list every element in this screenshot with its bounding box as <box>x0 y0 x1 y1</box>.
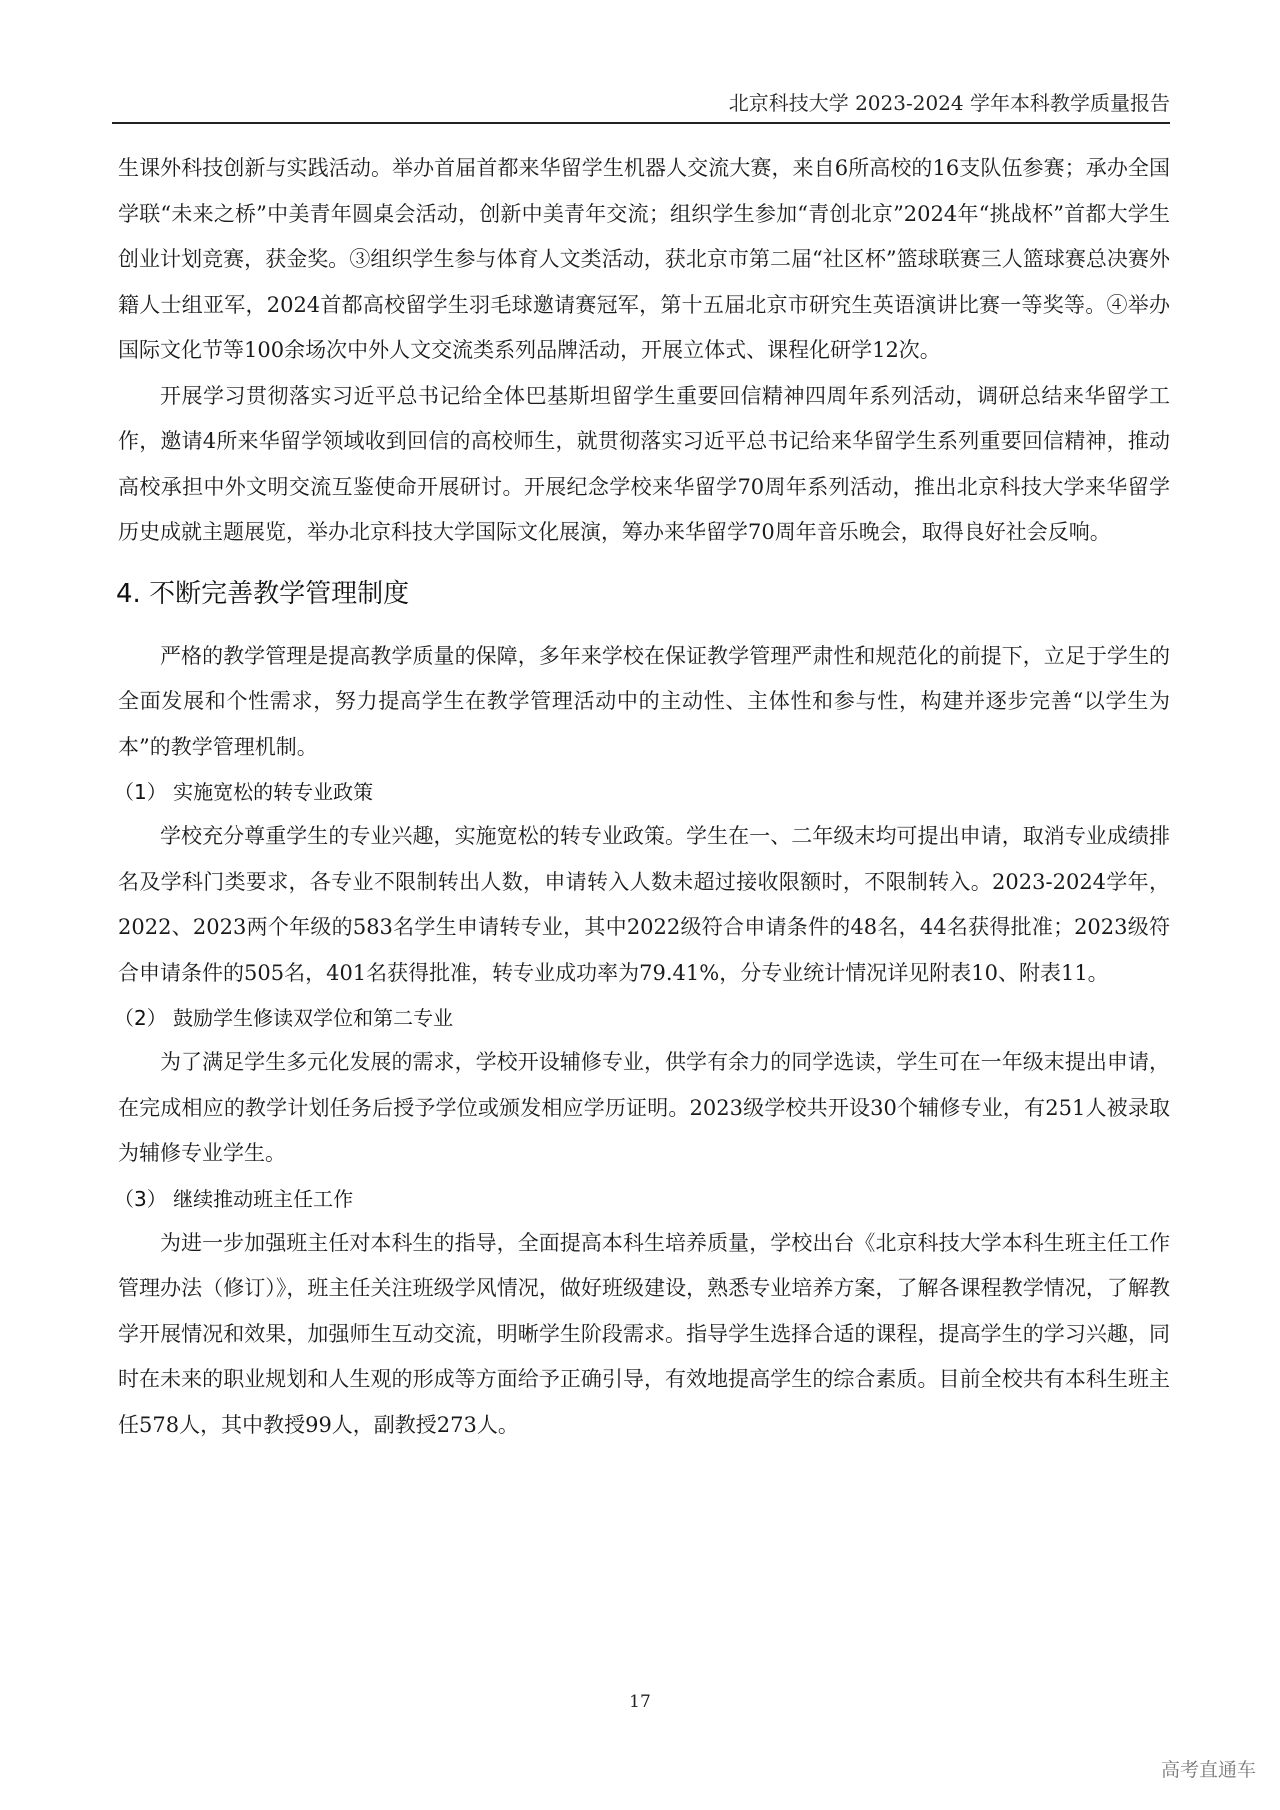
subsection-paragraph: 学校充分尊重学生的专业兴趣，实施宽松的转专业政策。学生在一、二年级末均可提出申请… <box>118 814 1170 996</box>
subsection-paragraph: 为进一步加强班主任对本科生的指导，全面提高本科生培养质量，学校出台《北京科技大学… <box>118 1221 1170 1449</box>
watermark: 高考直通车 <box>1161 1755 1256 1782</box>
subsection-heading: （3） 继续推动班主任工作 <box>114 1179 1170 1219</box>
report-title: 北京科技大学 2023-2024 学年本科教学质量报告 <box>729 87 1170 116</box>
section-intro-paragraph: 严格的教学管理是提高教学质量的保障，多年来学校在保证教学管理严肃性和规范化的前提… <box>118 634 1170 771</box>
subsection-paragraph: 为了满足学生多元化发展的需求，学校开设辅修专业，供学有余力的同学选读，学生可在一… <box>118 1040 1170 1177</box>
section-heading: 4. 不断完善教学管理制度 <box>116 574 1170 614</box>
subsection-heading: （1） 实施宽松的转专业政策 <box>114 772 1170 812</box>
page-number: 17 <box>0 1692 1280 1712</box>
paragraph: 开展学习贯彻落实习近平总书记给全体巴基斯坦留学生重要回信精神四周年系列活动，调研… <box>118 374 1170 556</box>
subsection-heading: （2） 鼓励学生修读双学位和第二专业 <box>114 998 1170 1038</box>
paragraph-continued: 生课外科技创新与实践活动。举办首届首都来华留学生机器人交流大赛，来自6所高校的1… <box>118 146 1170 374</box>
page-header: 北京科技大学 2023-2024 学年本科教学质量报告 <box>112 82 1170 124</box>
page-content: 生课外科技创新与实践活动。举办首届首都来华留学生机器人交流大赛，来自6所高校的1… <box>118 146 1170 1448</box>
